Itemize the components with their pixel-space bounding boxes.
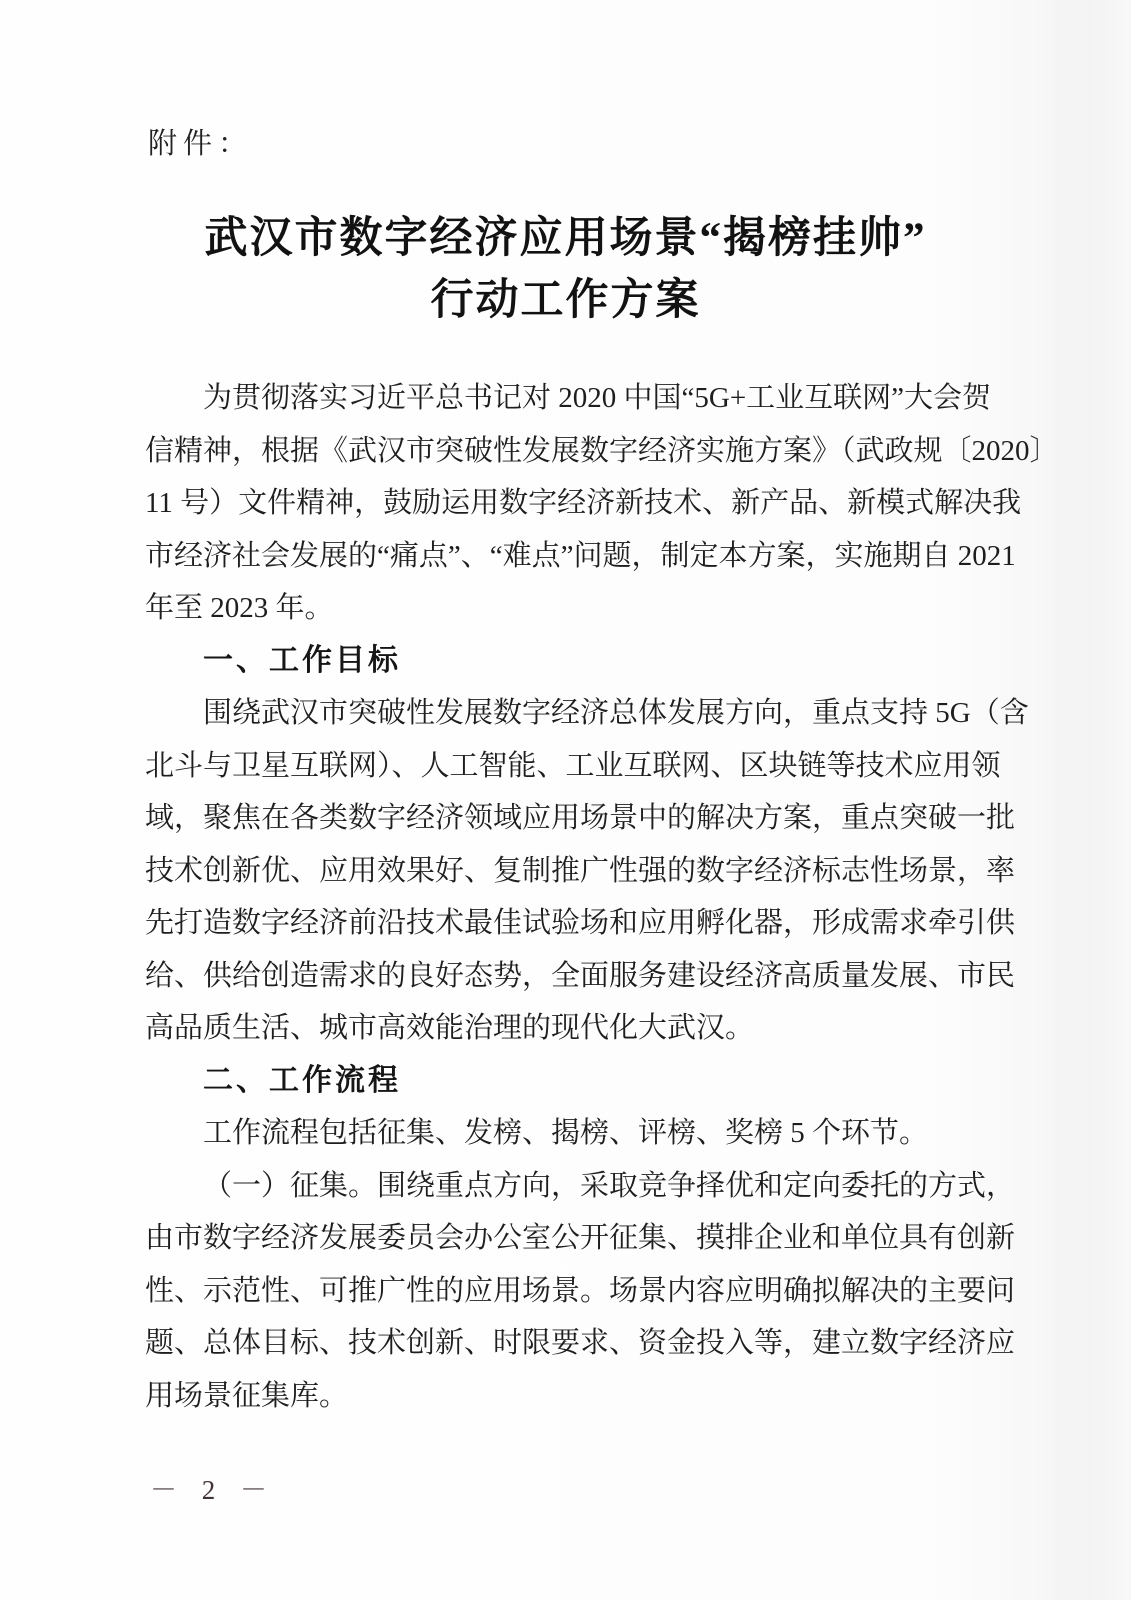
collect-paragraph-line: 性、示范性、可推广性的应用场景。场景内容应明确拟解决的主要问: [145, 1265, 990, 1318]
goal-paragraph-line: 北斗与卫星互联网）、人工智能、工业互联网、区块链等技术应用领: [145, 740, 990, 793]
goal-paragraph-line: 高品质生活、城市高效能治理的现代化大武汉。: [145, 1002, 990, 1055]
intro-paragraph-line: 为贯彻落实习近平总书记对 2020 中国“5G+工业互联网”大会贺: [145, 372, 990, 425]
goal-paragraph-line: 技术创新优、应用效果好、复制推广性强的数字经济标志性场景，率: [145, 845, 990, 898]
document-title: 武汉市数字经济应用场景“揭榜挂帅” 行动工作方案: [0, 208, 1131, 332]
intro-paragraph-line: 年至 2023 年。: [145, 582, 990, 635]
document-page: 附件： 武汉市数字经济应用场景“揭榜挂帅” 行动工作方案 为贯彻落实习近平总书记…: [0, 0, 1131, 1600]
goal-paragraph-line: 围绕武汉市突破性发展数字经济总体发展方向，重点支持 5G（含: [145, 687, 990, 740]
section-heading-flow: 二、工作流程: [145, 1055, 990, 1108]
intro-paragraph-line: 市经济社会发展的“痛点”、“难点”问题，制定本方案，实施期自 2021: [145, 530, 990, 583]
intro-paragraph-line: 11 号）文件精神，鼓励运用数字经济新技术、新产品、新模式解决我: [145, 477, 990, 530]
collect-paragraph-line: 由市数字经济发展委员会办公室公开征集、摸排企业和单位具有创新: [145, 1212, 990, 1265]
attachment-label: 附件：: [148, 0, 1131, 164]
document-title-line-1: 武汉市数字经济应用场景“揭榜挂帅”: [0, 208, 1131, 270]
collect-paragraph-line: （一）征集。围绕重点方向，采取竞争择优和定向委托的方式，: [145, 1160, 990, 1213]
goal-paragraph-line: 给、供给创造需求的良好态势，全面服务建设经济高质量发展、市民: [145, 950, 990, 1003]
collect-paragraph-line: 用场景征集库。: [145, 1370, 990, 1423]
page-number: － 2 －: [150, 1468, 276, 1507]
goal-paragraph-line: 域，聚焦在各类数字经济领域应用场景中的解决方案，重点突破一批: [145, 792, 990, 845]
collect-paragraph-line: 题、总体目标、技术创新、时限要求、资金投入等，建立数字经济应: [145, 1317, 990, 1370]
document-title-line-2: 行动工作方案: [0, 270, 1131, 332]
goal-paragraph-line: 先打造数字经济前沿技术最佳试验场和应用孵化器，形成需求牵引供: [145, 897, 990, 950]
section-heading-goal: 一、工作目标: [145, 635, 990, 688]
document-body: 为贯彻落实习近平总书记对 2020 中国“5G+工业互联网”大会贺 信精神，根据…: [145, 372, 990, 1422]
intro-paragraph-line: 信精神，根据《武汉市突破性发展数字经济实施方案》（武政规〔2020〕: [145, 425, 990, 478]
flow-paragraph-line: 工作流程包括征集、发榜、揭榜、评榜、奖榜 5 个环节。: [145, 1107, 990, 1160]
